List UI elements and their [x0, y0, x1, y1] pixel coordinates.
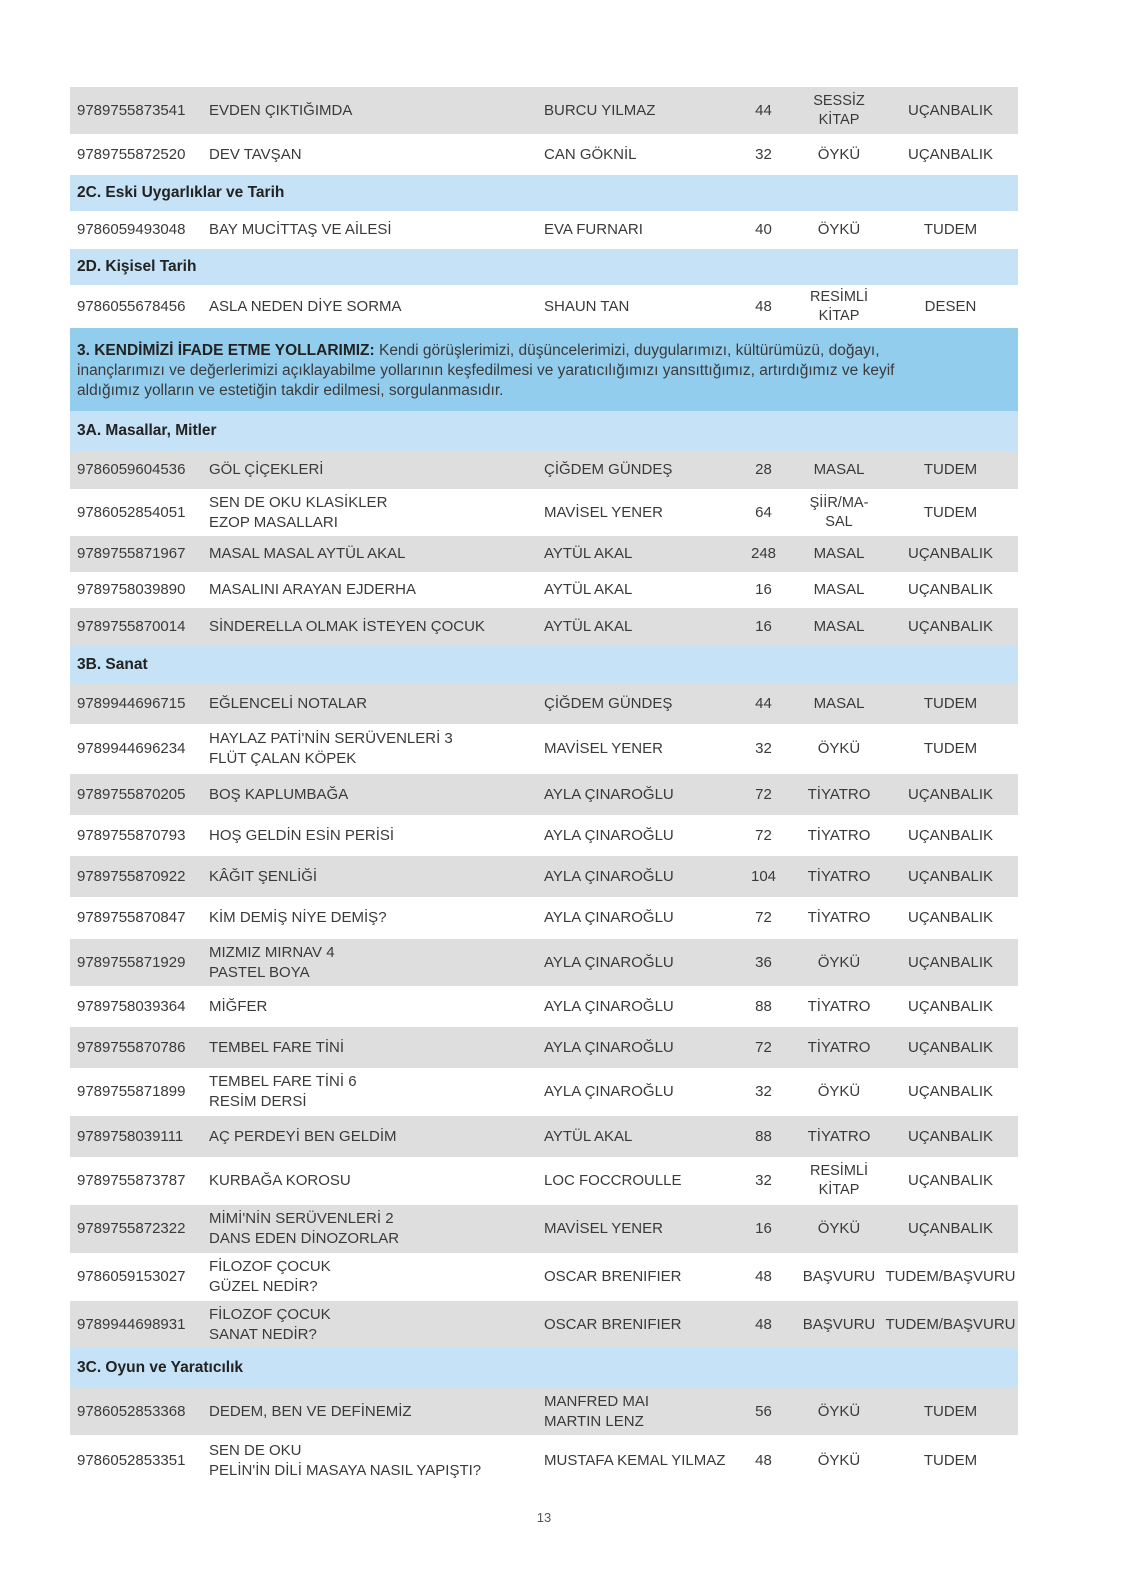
title-cell-line: KÂĞIT ŞENLİĞİ	[209, 867, 537, 887]
genre-cell: MASAL	[795, 617, 883, 637]
pages-cell: 16	[732, 1219, 795, 1239]
title-cell-line: DEDEM, BEN VE DEFİNEMİZ	[209, 1402, 537, 1422]
title-cell-line: DANS EDEN DİNOZORLAR	[209, 1229, 537, 1249]
isbn-cell: 9789755870847	[70, 908, 202, 928]
isbn-cell: 9786052854051	[70, 503, 202, 523]
genre-cell-line: ÖYKÜ	[795, 1219, 883, 1239]
title-cell: SİNDERELLA OLMAK İSTEYEN ÇOCUK	[202, 617, 537, 637]
title-cell: GÖL ÇİÇEKLERİ	[202, 460, 537, 480]
author-cell-line: ÇİĞDEM GÜNDEŞ	[544, 694, 732, 714]
title-cell: DEV TAVŞAN	[202, 145, 537, 165]
pages-cell: 72	[732, 785, 795, 805]
pages-cell: 32	[732, 1171, 795, 1191]
subsection-header: 3A. Masallar, Mitler	[70, 411, 1018, 451]
pages-cell: 72	[732, 1038, 795, 1058]
genre-cell: TİYATRO	[795, 867, 883, 887]
isbn-cell: 9786059153027	[70, 1267, 202, 1287]
genre-cell: ÖYKÜ	[795, 220, 883, 240]
title-cell: BOŞ KAPLUMBAĞA	[202, 785, 537, 805]
genre-cell: RESİMLİKİTAP	[795, 288, 883, 326]
section-header: 3. KENDİMİZİ İFADE ETME YOLLARIMIZ: Kend…	[70, 328, 1018, 411]
table-row: 9786059604536GÖL ÇİÇEKLERİÇİĞDEM GÜNDEŞ2…	[70, 451, 1018, 489]
title-cell: BAY MUCİTTAŞ VE AİLESİ	[202, 220, 537, 240]
title-cell-line: MASAL MASAL AYTÜL AKAL	[209, 544, 537, 564]
publisher-cell: UÇANBALIK	[883, 580, 1018, 600]
genre-cell-line: RESİMLİ	[795, 1162, 883, 1181]
author-cell: OSCAR BRENIFIER	[537, 1315, 732, 1335]
pages-cell: 48	[732, 297, 795, 317]
pages-cell: 72	[732, 908, 795, 928]
publisher-cell: UÇANBALIK	[883, 101, 1018, 121]
pages-cell: 36	[732, 953, 795, 973]
genre-cell-line: KİTAP	[795, 111, 883, 130]
genre-cell: ÖYKÜ	[795, 1451, 883, 1471]
publisher-cell: UÇANBALIK	[883, 953, 1018, 973]
book-list-table: 9789755873541EVDEN ÇIKTIĞIMDABURCU YILMA…	[70, 87, 1018, 1486]
title-cell-line: FİLOZOF ÇOCUK	[209, 1257, 537, 1277]
publisher-cell: UÇANBALIK	[883, 1127, 1018, 1147]
author-cell: LOC FOCCROULLE	[537, 1171, 732, 1191]
genre-cell-line: ÖYKÜ	[795, 739, 883, 759]
publisher-cell: UÇANBALIK	[883, 826, 1018, 846]
isbn-cell: 9789758039364	[70, 997, 202, 1017]
isbn-cell: 9789758039890	[70, 580, 202, 600]
title-cell: EĞLENCELİ NOTALAR	[202, 694, 537, 714]
table-row: 9789755873541EVDEN ÇIKTIĞIMDABURCU YILMA…	[70, 87, 1018, 134]
isbn-cell: 9786055678456	[70, 297, 202, 317]
table-row: 9789755871929MIZMIZ MIRNAV 4PASTEL BOYAA…	[70, 939, 1018, 986]
pages-cell: 88	[732, 997, 795, 1017]
genre-cell-line: KİTAP	[795, 307, 883, 326]
genre-cell-line: RESİMLİ	[795, 288, 883, 307]
title-cell-line: PASTEL BOYA	[209, 963, 537, 983]
author-cell-line: AYLA ÇINAROĞLU	[544, 953, 732, 973]
table-row: 9786059153027FİLOZOF ÇOCUKGÜZEL NEDİR?OS…	[70, 1253, 1018, 1301]
author-cell-line: MAVİSEL YENER	[544, 1219, 732, 1239]
author-cell: AYTÜL AKAL	[537, 1127, 732, 1147]
title-cell-line: PELİN'İN DİLİ MASAYA NASIL YAPIŞTI?	[209, 1461, 537, 1481]
author-cell: AYLA ÇINAROĞLU	[537, 953, 732, 973]
title-cell-line: TEMBEL FARE TİNİ	[209, 1038, 537, 1058]
author-cell-line: AYTÜL AKAL	[544, 580, 732, 600]
pages-cell: 56	[732, 1402, 795, 1422]
publisher-cell: UÇANBALIK	[883, 785, 1018, 805]
author-cell-line: OSCAR BRENIFIER	[544, 1315, 732, 1335]
subsection-title: 2D. Kişisel Tarih	[77, 257, 196, 277]
title-cell-line: FİLOZOF ÇOCUK	[209, 1305, 537, 1325]
isbn-cell: 9786059604536	[70, 460, 202, 480]
author-cell-line: OSCAR BRENIFIER	[544, 1267, 732, 1287]
author-cell: CAN GÖKNİL	[537, 145, 732, 165]
genre-cell-line: ÖYKÜ	[795, 1082, 883, 1102]
author-cell-line: ÇİĞDEM GÜNDEŞ	[544, 460, 732, 480]
pages-cell: 88	[732, 1127, 795, 1147]
title-cell: MASAL MASAL AYTÜL AKAL	[202, 544, 537, 564]
genre-cell-line: TİYATRO	[795, 826, 883, 846]
genre-cell: MASAL	[795, 544, 883, 564]
author-cell-line: AYLA ÇINAROĞLU	[544, 997, 732, 1017]
author-cell-line: MAVİSEL YENER	[544, 503, 732, 523]
genre-cell: ŞİİR/MA-SAL	[795, 494, 883, 532]
genre-cell: TİYATRO	[795, 997, 883, 1017]
title-cell-line: SEN DE OKU KLASİKLER	[209, 493, 537, 513]
title-cell: KİM DEMİŞ NİYE DEMİŞ?	[202, 908, 537, 928]
page-number: 13	[0, 1510, 1088, 1525]
title-cell: FİLOZOF ÇOCUKSANAT NEDİR?	[202, 1305, 537, 1345]
subsection-header: 3B. Sanat	[70, 645, 1018, 684]
author-cell: MAVİSEL YENER	[537, 739, 732, 759]
author-cell: AYTÜL AKAL	[537, 544, 732, 564]
genre-cell-line: BAŞVURU	[795, 1267, 883, 1287]
title-cell-line: GÜZEL NEDİR?	[209, 1277, 537, 1297]
author-cell-line: AYLA ÇINAROĞLU	[544, 867, 732, 887]
table-row: 9789755870922KÂĞIT ŞENLİĞİAYLA ÇINAROĞLU…	[70, 856, 1018, 897]
author-cell: MANFRED MAIMARTIN LENZ	[537, 1392, 732, 1432]
title-cell: DEDEM, BEN VE DEFİNEMİZ	[202, 1402, 537, 1422]
section-description: inançlarımızı ve değerlerimizi açıklayab…	[77, 362, 894, 379]
table-row: 9789944696715EĞLENCELİ NOTALARÇİĞDEM GÜN…	[70, 684, 1018, 724]
title-cell-line: BAY MUCİTTAŞ VE AİLESİ	[209, 220, 537, 240]
table-row: 9786052854051SEN DE OKU KLASİKLEREZOP MA…	[70, 489, 1018, 536]
genre-cell-line: SESSİZ	[795, 92, 883, 111]
genre-cell: TİYATRO	[795, 1127, 883, 1147]
table-row: 9789755870014SİNDERELLA OLMAK İSTEYEN ÇO…	[70, 608, 1018, 645]
publisher-cell: UÇANBALIK	[883, 544, 1018, 564]
author-cell-line: MARTIN LENZ	[544, 1412, 732, 1432]
table-row: 9789755870793HOŞ GELDİN ESİN PERİSİAYLA …	[70, 815, 1018, 856]
genre-cell-line: MASAL	[795, 617, 883, 637]
isbn-cell: 9789755870014	[70, 617, 202, 637]
author-cell: AYLA ÇINAROĞLU	[537, 997, 732, 1017]
subsection-title: 3C. Oyun ve Yaratıcılık	[77, 1358, 243, 1378]
pages-cell: 16	[732, 580, 795, 600]
author-cell: SHAUN TAN	[537, 297, 732, 317]
table-row: 9786052853351SEN DE OKUPELİN'İN DİLİ MAS…	[70, 1435, 1018, 1486]
author-cell-line: AYLA ÇINAROĞLU	[544, 785, 732, 805]
isbn-cell: 9789755873541	[70, 101, 202, 121]
publisher-cell: UÇANBALIK	[883, 145, 1018, 165]
genre-cell: ÖYKÜ	[795, 1402, 883, 1422]
pages-cell: 72	[732, 826, 795, 846]
genre-cell-line: TİYATRO	[795, 997, 883, 1017]
title-cell: AÇ PERDEYİ BEN GELDİM	[202, 1127, 537, 1147]
author-cell: BURCU YILMAZ	[537, 101, 732, 121]
title-cell: ASLA NEDEN DİYE SORMA	[202, 297, 537, 317]
genre-cell: TİYATRO	[795, 908, 883, 928]
genre-cell-line: TİYATRO	[795, 908, 883, 928]
publisher-cell: TUDEM	[883, 1451, 1018, 1471]
table-row: 9789944696234HAYLAZ PATİ'NİN SERÜVENLERİ…	[70, 724, 1018, 774]
pages-cell: 32	[732, 145, 795, 165]
section-description: aldığımız yolların ve estetiğin takdir e…	[77, 382, 503, 399]
table-row: 9789758039364MİĞFERAYLA ÇINAROĞLU88TİYAT…	[70, 986, 1018, 1027]
genre-cell-line: SAL	[795, 513, 883, 532]
author-cell: MUSTAFA KEMAL YILMAZ	[537, 1451, 732, 1471]
title-cell-line: DEV TAVŞAN	[209, 145, 537, 165]
genre-cell-line: ÖYKÜ	[795, 220, 883, 240]
author-cell-line: SHAUN TAN	[544, 297, 732, 317]
pages-cell: 32	[732, 739, 795, 759]
pages-cell: 44	[732, 101, 795, 121]
title-cell: KURBAĞA KOROSU	[202, 1171, 537, 1191]
table-row: 9789944698931FİLOZOF ÇOCUKSANAT NEDİR?OS…	[70, 1301, 1018, 1348]
isbn-cell: 9789944698931	[70, 1315, 202, 1335]
table-row: 9789755870205BOŞ KAPLUMBAĞAAYLA ÇINAROĞL…	[70, 774, 1018, 815]
publisher-cell: UÇANBALIK	[883, 1219, 1018, 1239]
pages-cell: 44	[732, 694, 795, 714]
author-cell-line: AYTÜL AKAL	[544, 617, 732, 637]
isbn-cell: 9789755871899	[70, 1082, 202, 1102]
author-cell-line: AYLA ÇINAROĞLU	[544, 1082, 732, 1102]
title-cell-line: HAYLAZ PATİ'NİN SERÜVENLERİ 3	[209, 729, 537, 749]
isbn-cell: 9789944696234	[70, 739, 202, 759]
subsection-header: 2D. Kişisel Tarih	[70, 249, 1018, 285]
genre-cell-line: TİYATRO	[795, 867, 883, 887]
genre-cell-line: MASAL	[795, 460, 883, 480]
author-cell: ÇİĞDEM GÜNDEŞ	[537, 694, 732, 714]
title-cell-line: MIZMIZ MIRNAV 4	[209, 943, 537, 963]
publisher-cell: TUDEM	[883, 503, 1018, 523]
author-cell-line: CAN GÖKNİL	[544, 145, 732, 165]
title-cell: FİLOZOF ÇOCUKGÜZEL NEDİR?	[202, 1257, 537, 1297]
author-cell: AYLA ÇINAROĞLU	[537, 908, 732, 928]
title-cell-line: SEN DE OKU	[209, 1441, 537, 1461]
publisher-cell: TUDEM	[883, 739, 1018, 759]
title-cell-line: SANAT NEDİR?	[209, 1325, 537, 1345]
author-cell: AYTÜL AKAL	[537, 617, 732, 637]
publisher-cell: TUDEM	[883, 1402, 1018, 1422]
genre-cell: BAŞVURU	[795, 1315, 883, 1335]
isbn-cell: 9786059493048	[70, 220, 202, 240]
title-cell-line: KURBAĞA KOROSU	[209, 1171, 537, 1191]
author-cell: EVA FURNARI	[537, 220, 732, 240]
author-cell: AYLA ÇINAROĞLU	[537, 826, 732, 846]
genre-cell-line: ÖYKÜ	[795, 953, 883, 973]
publisher-cell: UÇANBALIK	[883, 1038, 1018, 1058]
isbn-cell: 9786052853351	[70, 1451, 202, 1471]
table-row: 9789755870847KİM DEMİŞ NİYE DEMİŞ?AYLA Ç…	[70, 897, 1018, 939]
title-cell: TEMBEL FARE TİNİ	[202, 1038, 537, 1058]
author-cell-line: AYLA ÇINAROĞLU	[544, 826, 732, 846]
author-cell: AYLA ÇINAROĞLU	[537, 1038, 732, 1058]
publisher-cell: TUDEM/BAŞVURU	[883, 1267, 1018, 1287]
table-row: 9786052853368DEDEM, BEN VE DEFİNEMİZMANF…	[70, 1388, 1018, 1435]
title-cell-line: EZOP MASALLARI	[209, 513, 537, 533]
genre-cell-line: ÖYKÜ	[795, 1451, 883, 1471]
title-cell-line: BOŞ KAPLUMBAĞA	[209, 785, 537, 805]
table-row: 9786059493048BAY MUCİTTAŞ VE AİLESİEVA F…	[70, 211, 1018, 249]
publisher-cell: TUDEM	[883, 694, 1018, 714]
author-cell: OSCAR BRENIFIER	[537, 1267, 732, 1287]
isbn-cell: 9789944696715	[70, 694, 202, 714]
title-cell-line: EĞLENCELİ NOTALAR	[209, 694, 537, 714]
table-row: 9789758039111AÇ PERDEYİ BEN GELDİMAYTÜL …	[70, 1116, 1018, 1157]
isbn-cell: 9786052853368	[70, 1402, 202, 1422]
author-cell-line: AYTÜL AKAL	[544, 1127, 732, 1147]
genre-cell: MASAL	[795, 460, 883, 480]
isbn-cell: 9789755873787	[70, 1171, 202, 1191]
title-cell: SEN DE OKUPELİN'İN DİLİ MASAYA NASIL YAP…	[202, 1441, 537, 1481]
publisher-cell: DESEN	[883, 297, 1018, 317]
genre-cell-line: ÖYKÜ	[795, 1402, 883, 1422]
table-row: 9789758039890MASALINI ARAYAN EJDERHAAYTÜ…	[70, 572, 1018, 608]
title-cell: HAYLAZ PATİ'NİN SERÜVENLERİ 3FLÜT ÇALAN …	[202, 729, 537, 769]
title-cell-line: KİM DEMİŞ NİYE DEMİŞ?	[209, 908, 537, 928]
title-cell: TEMBEL FARE TİNİ 6RESİM DERSİ	[202, 1072, 537, 1112]
author-cell: AYLA ÇINAROĞLU	[537, 1082, 732, 1102]
section-description: Kendi görüşlerimizi, düşüncelerimizi, du…	[375, 342, 880, 359]
table-row: 9789755870786TEMBEL FARE TİNİAYLA ÇINARO…	[70, 1027, 1018, 1068]
title-cell-line: MİĞFER	[209, 997, 537, 1017]
pages-cell: 248	[732, 544, 795, 564]
genre-cell: ÖYKÜ	[795, 1219, 883, 1239]
author-cell-line: AYLA ÇINAROĞLU	[544, 1038, 732, 1058]
title-cell: MİĞFER	[202, 997, 537, 1017]
author-cell-line: LOC FOCCROULLE	[544, 1171, 732, 1191]
isbn-cell: 9789758039111	[70, 1127, 202, 1147]
publisher-cell: UÇANBALIK	[883, 1171, 1018, 1191]
genre-cell: RESİMLİKİTAP	[795, 1162, 883, 1200]
isbn-cell: 9789755870786	[70, 1038, 202, 1058]
genre-cell-line: TİYATRO	[795, 1038, 883, 1058]
title-cell-line: TEMBEL FARE TİNİ 6	[209, 1072, 537, 1092]
title-cell-line: MİMİ'NİN SERÜVENLERİ 2	[209, 1209, 537, 1229]
author-cell-line: AYTÜL AKAL	[544, 544, 732, 564]
genre-cell: ÖYKÜ	[795, 739, 883, 759]
title-cell-line: GÖL ÇİÇEKLERİ	[209, 460, 537, 480]
publisher-cell: UÇANBALIK	[883, 997, 1018, 1017]
genre-cell-line: MASAL	[795, 694, 883, 714]
pages-cell: 48	[732, 1315, 795, 1335]
genre-cell: MASAL	[795, 694, 883, 714]
title-cell: MIZMIZ MIRNAV 4PASTEL BOYA	[202, 943, 537, 983]
subsection-title: 3A. Masallar, Mitler	[77, 421, 217, 441]
table-row: 9789755873787KURBAĞA KOROSULOC FOCCROULL…	[70, 1157, 1018, 1205]
publisher-cell: UÇANBALIK	[883, 617, 1018, 637]
isbn-cell: 9789755872520	[70, 145, 202, 165]
author-cell-line: AYLA ÇINAROĞLU	[544, 908, 732, 928]
pages-cell: 28	[732, 460, 795, 480]
author-cell: AYTÜL AKAL	[537, 580, 732, 600]
table-row: 9789755871967MASAL MASAL AYTÜL AKALAYTÜL…	[70, 536, 1018, 572]
isbn-cell: 9789755872322	[70, 1219, 202, 1239]
genre-cell: TİYATRO	[795, 1038, 883, 1058]
title-cell: EVDEN ÇIKTIĞIMDA	[202, 101, 537, 121]
isbn-cell: 9789755871929	[70, 953, 202, 973]
genre-cell: ÖYKÜ	[795, 145, 883, 165]
publisher-cell: TUDEM	[883, 220, 1018, 240]
pages-cell: 16	[732, 617, 795, 637]
isbn-cell: 9789755870922	[70, 867, 202, 887]
subsection-header: 2C. Eski Uygarlıklar ve Tarih	[70, 175, 1018, 211]
pages-cell: 40	[732, 220, 795, 240]
title-cell-line: EVDEN ÇIKTIĞIMDA	[209, 101, 537, 121]
author-cell-line: MUSTAFA KEMAL YILMAZ	[544, 1451, 732, 1471]
title-cell-line: HOŞ GELDİN ESİN PERİSİ	[209, 826, 537, 846]
genre-cell: SESSİZKİTAP	[795, 92, 883, 130]
title-cell-line: RESİM DERSİ	[209, 1092, 537, 1112]
title-cell: SEN DE OKU KLASİKLEREZOP MASALLARI	[202, 493, 537, 533]
author-cell-line: EVA FURNARI	[544, 220, 732, 240]
genre-cell-line: MASAL	[795, 580, 883, 600]
publisher-cell: UÇANBALIK	[883, 867, 1018, 887]
table-row: 9786055678456ASLA NEDEN DİYE SORMASHAUN …	[70, 285, 1018, 328]
pages-cell: 48	[732, 1267, 795, 1287]
author-cell: MAVİSEL YENER	[537, 503, 732, 523]
title-cell: MASALINI ARAYAN EJDERHA	[202, 580, 537, 600]
genre-cell-line: ÖYKÜ	[795, 145, 883, 165]
table-row: 9789755872322MİMİ'NİN SERÜVENLERİ 2DANS …	[70, 1205, 1018, 1253]
author-cell-line: MAVİSEL YENER	[544, 739, 732, 759]
title-cell-line: MASALINI ARAYAN EJDERHA	[209, 580, 537, 600]
genre-cell: TİYATRO	[795, 785, 883, 805]
title-cell-line: ASLA NEDEN DİYE SORMA	[209, 297, 537, 317]
pages-cell: 104	[732, 867, 795, 887]
genre-cell: MASAL	[795, 580, 883, 600]
title-cell-line: AÇ PERDEYİ BEN GELDİM	[209, 1127, 537, 1147]
genre-cell-line: KİTAP	[795, 1181, 883, 1200]
title-cell-line: SİNDERELLA OLMAK İSTEYEN ÇOCUK	[209, 617, 537, 637]
title-cell: MİMİ'NİN SERÜVENLERİ 2DANS EDEN DİNOZORL…	[202, 1209, 537, 1249]
author-cell-line: BURCU YILMAZ	[544, 101, 732, 121]
author-cell: MAVİSEL YENER	[537, 1219, 732, 1239]
genre-cell-line: TİYATRO	[795, 785, 883, 805]
genre-cell: BAŞVURU	[795, 1267, 883, 1287]
table-row: 9789755872520DEV TAVŞANCAN GÖKNİL32ÖYKÜU…	[70, 134, 1018, 175]
isbn-cell: 9789755870205	[70, 785, 202, 805]
table-row: 9789755871899TEMBEL FARE TİNİ 6RESİM DER…	[70, 1068, 1018, 1116]
genre-cell-line: ŞİİR/MA-	[795, 494, 883, 513]
genre-cell: TİYATRO	[795, 826, 883, 846]
publisher-cell: UÇANBALIK	[883, 908, 1018, 928]
isbn-cell: 9789755870793	[70, 826, 202, 846]
author-cell: AYLA ÇINAROĞLU	[537, 867, 732, 887]
author-cell: AYLA ÇINAROĞLU	[537, 785, 732, 805]
genre-cell-line: MASAL	[795, 544, 883, 564]
subsection-header: 3C. Oyun ve Yaratıcılık	[70, 1348, 1018, 1388]
publisher-cell: UÇANBALIK	[883, 1082, 1018, 1102]
pages-cell: 64	[732, 503, 795, 523]
subsection-title: 3B. Sanat	[77, 655, 148, 675]
genre-cell: ÖYKÜ	[795, 953, 883, 973]
isbn-cell: 9789755871967	[70, 544, 202, 564]
title-cell: KÂĞIT ŞENLİĞİ	[202, 867, 537, 887]
pages-cell: 48	[732, 1451, 795, 1471]
title-cell-line: FLÜT ÇALAN KÖPEK	[209, 749, 537, 769]
subsection-title: 2C. Eski Uygarlıklar ve Tarih	[77, 183, 284, 203]
publisher-cell: TUDEM	[883, 460, 1018, 480]
section-title: 3. KENDİMİZİ İFADE ETME YOLLARIMIZ:	[77, 342, 375, 359]
author-cell: ÇİĞDEM GÜNDEŞ	[537, 460, 732, 480]
author-cell-line: MANFRED MAI	[544, 1392, 732, 1412]
genre-cell: ÖYKÜ	[795, 1082, 883, 1102]
publisher-cell: TUDEM/BAŞVURU	[883, 1315, 1018, 1335]
pages-cell: 32	[732, 1082, 795, 1102]
genre-cell-line: BAŞVURU	[795, 1315, 883, 1335]
title-cell: HOŞ GELDİN ESİN PERİSİ	[202, 826, 537, 846]
genre-cell-line: TİYATRO	[795, 1127, 883, 1147]
